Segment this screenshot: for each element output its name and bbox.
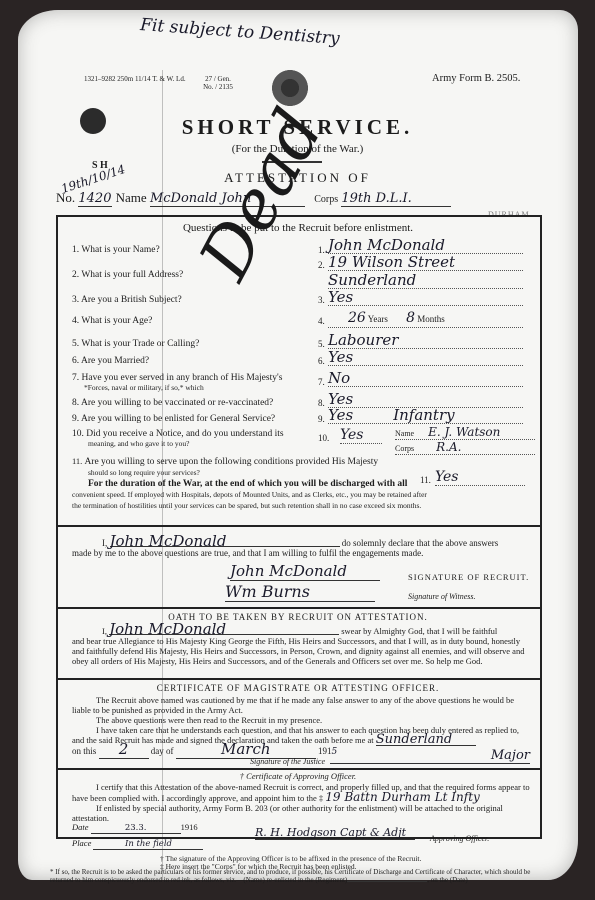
approving-officer-label: Approving Officer.: [430, 834, 489, 843]
approving-date: Date 23.3.1916: [72, 822, 198, 834]
approving-text: I certify that this Attestation of the a…: [72, 782, 532, 823]
oath-text: I, John McDonald swear by Almighty God, …: [72, 624, 532, 666]
question-6: 6. Are you Married?: [72, 356, 149, 366]
print-codes: 1321–9282 250m 11/14 T. & W. Ld.: [84, 75, 186, 83]
no-label: No.: [56, 190, 75, 205]
answer-4-num: 4.: [318, 316, 325, 326]
question-1: 1. What is your Name?: [72, 245, 160, 255]
approving-heading: † Certificate of Approving Officer.: [56, 771, 540, 781]
answer-7: No: [328, 370, 523, 387]
questions-heading: Questions to be put to the Recruit befor…: [56, 222, 540, 234]
answer-11: Yes: [435, 469, 525, 486]
answer-2-num: 2.: [318, 260, 325, 270]
question-3: 3. Are you a British Subject?: [72, 295, 182, 305]
name-label: Name: [116, 190, 147, 205]
answer-7-num: 7.: [318, 377, 325, 387]
justice-label: Signature of the Justice: [250, 757, 325, 766]
notice-giver: Name E. J. Watson Corps R.A.: [395, 425, 535, 455]
gen-no: 27 / Gen. No. / 2135: [200, 75, 236, 91]
divider: [56, 768, 540, 770]
witness-label: Signature of Witness.: [408, 592, 475, 601]
witness-signature: Wm Burns: [225, 582, 375, 602]
question-5: 5. What is your Trade or Calling?: [72, 339, 199, 349]
justice-signature: Major: [330, 748, 530, 764]
approving-place: Place In the field: [72, 838, 203, 850]
answer-9-num: 9.: [318, 414, 325, 424]
corps-label: Corps: [314, 194, 338, 205]
corps-value: 19th D.L.I.: [341, 191, 451, 207]
answer-2-line2: Sunderland: [328, 272, 523, 289]
recruit-signature: John McDonald: [230, 562, 380, 581]
question-9: 9. Are you willing to be enlisted for Ge…: [72, 414, 275, 424]
declaration: I, John McDonald do solemnly declare tha…: [72, 536, 532, 558]
answer-2-line1: 19 Wilson Street: [328, 254, 523, 271]
divider: [56, 607, 540, 609]
answer-3-num: 3.: [318, 295, 325, 305]
question-4: 4. What is your Age?: [72, 316, 152, 326]
months-label: Months: [417, 314, 445, 324]
answer-4: 26 Years 8 Months: [328, 310, 523, 328]
answer-9: YesInfantry: [328, 407, 523, 424]
question-8: 8. Are you willing to be vaccinated or r…: [72, 398, 273, 408]
answer-3: Yes: [328, 289, 523, 306]
question-10: 10. Did you receive a Notice, and do you…: [72, 429, 284, 449]
age-years: 26: [348, 310, 366, 326]
form-number: Army Form B. 2505.: [432, 73, 520, 84]
certificate-text: The Recruit above named was cautioned by…: [72, 695, 532, 746]
answer-8-num: 8.: [318, 398, 325, 408]
answer-6: Yes: [328, 349, 523, 366]
answer-6-num: 6.: [318, 356, 325, 366]
divider: [56, 525, 540, 527]
approving-officer-signature: R. H. Hodgson Capt & Adjt: [255, 826, 415, 840]
answer-10-num: 10.: [318, 433, 329, 443]
years-label: Years: [368, 314, 388, 324]
answer-1-num: 1.: [318, 245, 325, 255]
no-value: 1420: [78, 191, 112, 207]
footer-note: * If so, the Recruit is to be asked the …: [50, 868, 550, 884]
question-2: 2. What is your full Address?: [72, 270, 183, 280]
question-11: 11. Are you willing to serve upon the fo…: [72, 456, 437, 511]
certificate-heading: CERTIFICATE OF MAGISTRATE OR ATTESTING O…: [56, 683, 540, 693]
divider: [56, 678, 540, 680]
answer-1: John McDonald: [328, 237, 523, 254]
answer-5: Labourer: [328, 332, 523, 349]
answer-10: Yes: [340, 427, 382, 444]
recruit-signature-label: SIGNATURE OF RECRUIT.: [408, 572, 529, 582]
question-7: 7. Have you ever served in any branch of…: [72, 373, 282, 393]
answer-5-num: 5.: [318, 339, 325, 349]
age-months: 8: [406, 310, 415, 326]
answer-11-num: 11.: [420, 475, 431, 485]
